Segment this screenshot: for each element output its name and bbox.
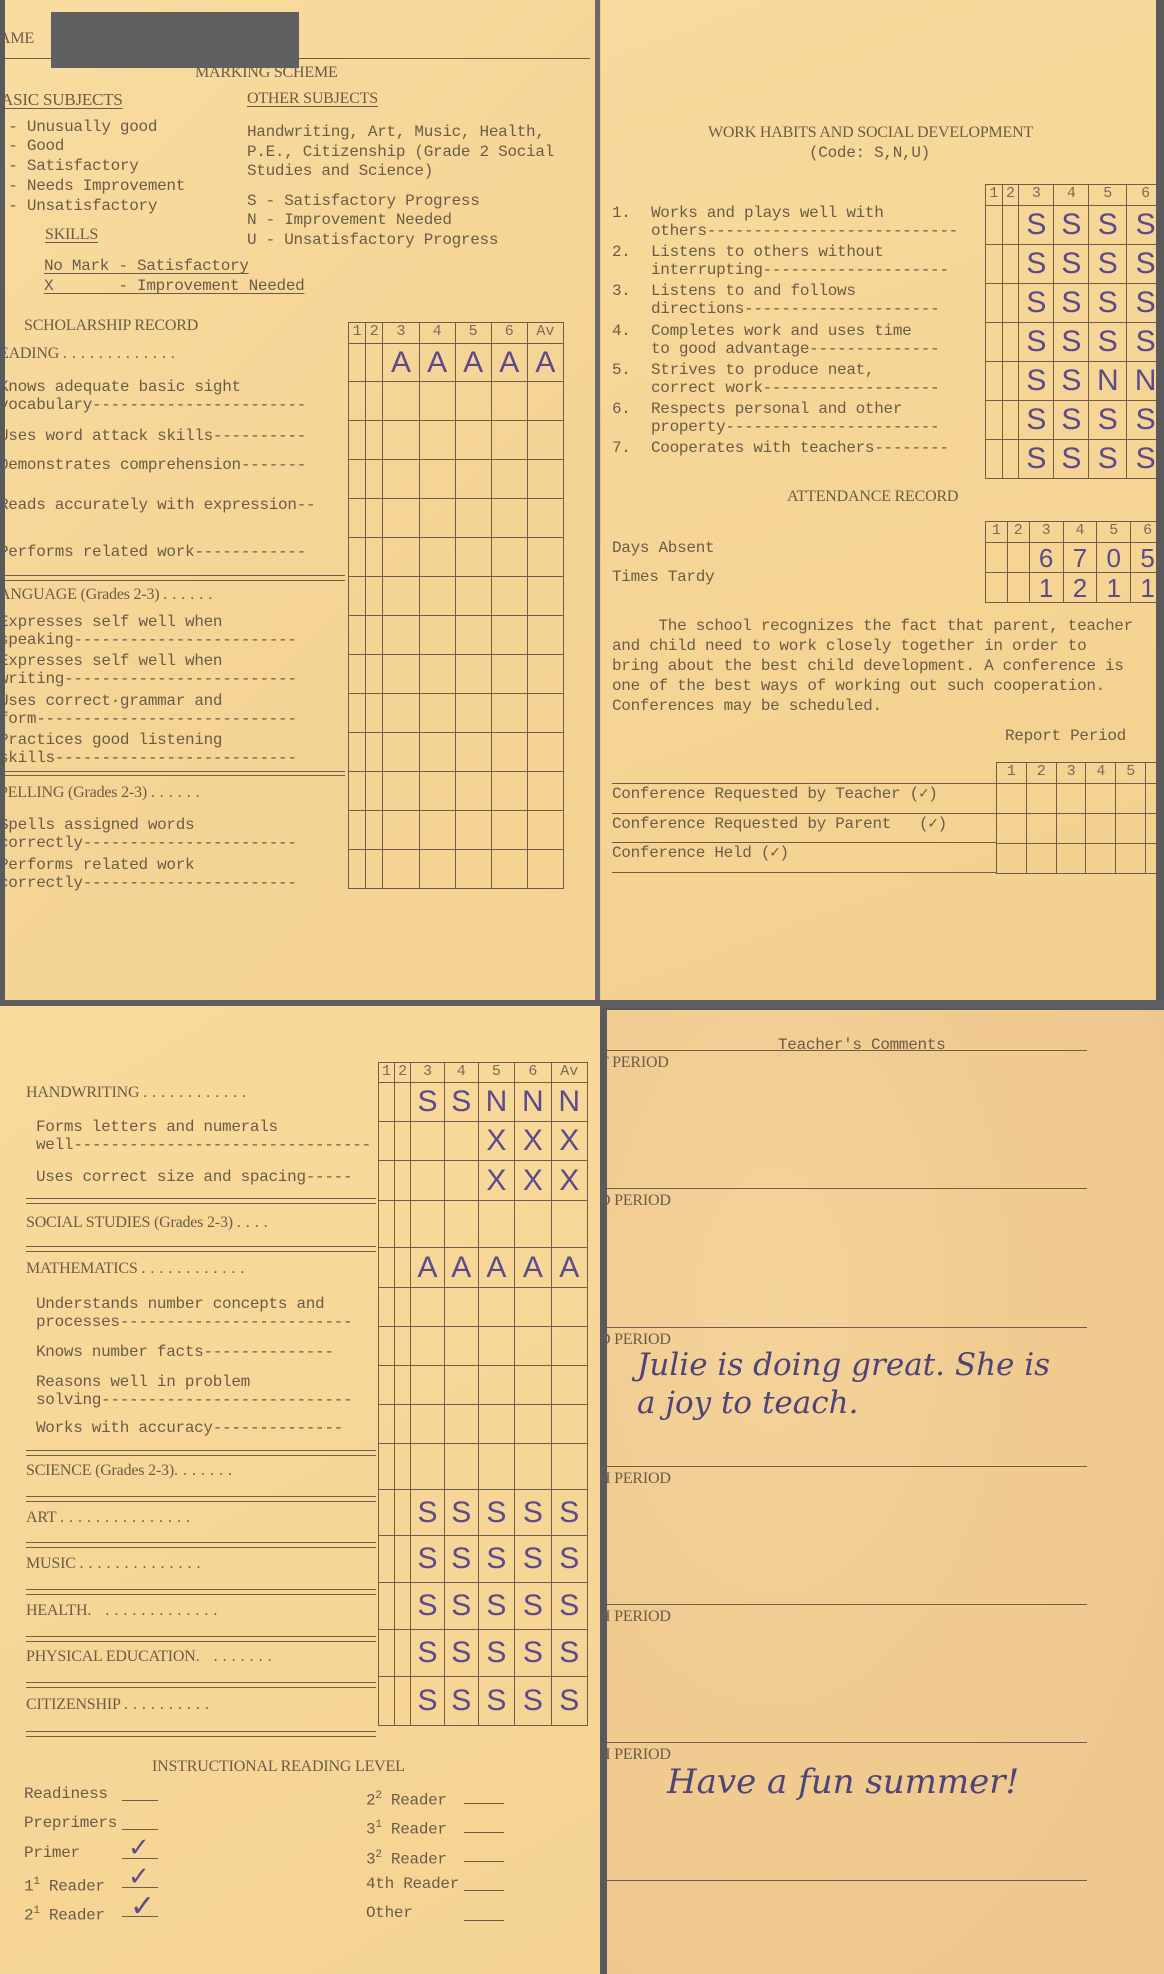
grade-cell[interactable]	[455, 499, 491, 538]
grade-cell[interactable]	[366, 772, 383, 811]
grade-cell[interactable]: S	[551, 1630, 587, 1677]
skill-cell[interactable]	[395, 1122, 411, 1161]
check-cell[interactable]	[997, 784, 1027, 814]
check-cell[interactable]	[1116, 844, 1146, 874]
grade-cell[interactable]: S	[1089, 284, 1127, 323]
grade-cell[interactable]: S	[1054, 284, 1089, 323]
skill-cell[interactable]	[395, 1405, 411, 1444]
grade-cell[interactable]	[349, 344, 366, 382]
grade-cell[interactable]	[1002, 206, 1019, 245]
grade-cell[interactable]	[379, 1677, 395, 1726]
grade-cell[interactable]	[419, 655, 455, 694]
grade-cell[interactable]	[527, 382, 563, 421]
grade-cell[interactable]	[349, 811, 366, 850]
grade-cell[interactable]	[478, 1444, 514, 1490]
grade-cell[interactable]	[527, 460, 563, 499]
grade-cell[interactable]	[444, 1201, 478, 1248]
skill-cell[interactable]	[411, 1288, 445, 1327]
grade-cell[interactable]: S	[444, 1583, 478, 1630]
grade-cell[interactable]	[411, 1201, 445, 1248]
reading-grade-row: A A A A A	[349, 344, 564, 382]
check-cell[interactable]	[997, 844, 1027, 874]
grade-cell[interactable]	[383, 694, 419, 733]
grade-cell[interactable]: S	[444, 1536, 478, 1583]
value-cell[interactable]	[986, 543, 1008, 573]
grade-cell[interactable]	[419, 811, 455, 850]
grade-cell[interactable]	[455, 382, 491, 421]
grade-cell[interactable]	[383, 616, 419, 655]
blank-line[interactable]	[122, 1800, 158, 1801]
grade-cell[interactable]: S	[515, 1490, 551, 1536]
grade-cell[interactable]	[455, 460, 491, 499]
grade-cell[interactable]: S	[1054, 440, 1089, 479]
grade-cell[interactable]	[491, 655, 527, 694]
grade-cell[interactable]: N	[515, 1083, 551, 1122]
grade-cell[interactable]	[491, 811, 527, 850]
grade-cell[interactable]: S	[478, 1536, 514, 1583]
grade-cell[interactable]: S	[551, 1583, 587, 1630]
value-cell[interactable]: 1	[1029, 573, 1063, 603]
grade-cell[interactable]: S	[478, 1583, 514, 1630]
skill-cell[interactable]	[444, 1366, 478, 1405]
grade-cell[interactable]	[349, 421, 366, 460]
grade-cell[interactable]	[1002, 323, 1019, 362]
grade-cell[interactable]	[455, 850, 491, 889]
grade-cell[interactable]	[419, 733, 455, 772]
grade-cell[interactable]: S	[444, 1083, 478, 1122]
grade-cell[interactable]: S	[478, 1677, 514, 1726]
grade-cell[interactable]	[515, 1201, 551, 1248]
grade-cell[interactable]	[379, 1444, 395, 1490]
grade-cell[interactable]	[349, 382, 366, 421]
grade-cell[interactable]	[455, 421, 491, 460]
grade-cell[interactable]: S	[444, 1677, 478, 1726]
grade-cell[interactable]: S	[1089, 323, 1127, 362]
grade-cell[interactable]	[491, 382, 527, 421]
grade-cell[interactable]	[395, 1630, 411, 1677]
grade-cell[interactable]: A	[527, 344, 563, 382]
skill-cell[interactable]	[551, 1327, 587, 1366]
value-cell[interactable]	[1007, 573, 1029, 603]
value-cell[interactable]: 7	[1063, 543, 1097, 573]
grade-cell[interactable]	[455, 538, 491, 577]
skill-cell[interactable]	[515, 1288, 551, 1327]
grade-cell[interactable]: S	[1089, 245, 1127, 284]
col-header: 5	[478, 1063, 514, 1083]
skill-cell[interactable]: X	[515, 1161, 551, 1201]
habit-label: Cooperates with teachers--------	[651, 439, 949, 458]
skill-cell[interactable]	[515, 1366, 551, 1405]
grade-cell[interactable]: S	[551, 1677, 587, 1726]
grade-cell[interactable]	[419, 460, 455, 499]
grade-cell[interactable]	[527, 850, 563, 889]
grade-cell[interactable]	[455, 655, 491, 694]
grade-cell[interactable]	[419, 850, 455, 889]
grade-cell[interactable]: S	[1019, 284, 1054, 323]
grade-cell[interactable]	[395, 1201, 411, 1248]
grade-cell[interactable]	[1002, 401, 1019, 440]
grade-cell[interactable]	[395, 1444, 411, 1490]
check-cell[interactable]	[1056, 844, 1086, 874]
grade-cell[interactable]	[395, 1583, 411, 1630]
skill-cell[interactable]	[379, 1327, 395, 1366]
grade-cell[interactable]	[527, 733, 563, 772]
skill-cell[interactable]: X	[551, 1122, 587, 1161]
grade-cell[interactable]	[444, 1444, 478, 1490]
grade-cell[interactable]	[986, 401, 1003, 440]
grade-cell[interactable]	[379, 1630, 395, 1677]
grade-cell[interactable]	[455, 811, 491, 850]
check-icon: ✓	[128, 1861, 150, 1892]
grade-cell[interactable]	[379, 1083, 395, 1122]
check-cell[interactable]	[1146, 844, 1156, 874]
grade-cell[interactable]: S	[1019, 323, 1054, 362]
check-cell[interactable]	[1026, 814, 1056, 844]
grade-cell[interactable]	[366, 694, 383, 733]
skill-cell[interactable]	[444, 1288, 478, 1327]
grade-cell[interactable]	[455, 577, 491, 616]
grade-cell[interactable]	[491, 577, 527, 616]
grade-cell[interactable]	[395, 1248, 411, 1288]
skill-cell[interactable]	[515, 1327, 551, 1366]
grade-cell[interactable]	[395, 1677, 411, 1726]
grade-cell[interactable]	[491, 850, 527, 889]
grade-cell[interactable]	[551, 1201, 587, 1248]
grade-cell[interactable]	[366, 577, 383, 616]
skill-cell[interactable]: X	[478, 1122, 514, 1161]
math-skill-2: Knows number facts--------------	[36, 1343, 334, 1362]
grade-cell[interactable]: S	[1127, 206, 1156, 245]
grade-cell[interactable]	[419, 616, 455, 655]
grade-cell[interactable]	[349, 616, 366, 655]
grade-cell[interactable]	[366, 538, 383, 577]
grade-cell[interactable]	[379, 1536, 395, 1583]
grade-cell[interactable]	[379, 1490, 395, 1536]
skill-cell[interactable]	[411, 1366, 445, 1405]
conference-grid: 1 2 3 4 5 6	[996, 762, 1156, 874]
grade-cell[interactable]	[383, 382, 419, 421]
grade-cell[interactable]	[395, 1490, 411, 1536]
skill-cell[interactable]	[444, 1122, 478, 1161]
grade-cell[interactable]: S	[515, 1630, 551, 1677]
grade-cell[interactable]	[986, 284, 1003, 323]
skill-cell[interactable]	[444, 1327, 478, 1366]
grade-cell[interactable]: N	[478, 1083, 514, 1122]
check-cell[interactable]	[997, 814, 1027, 844]
check-cell[interactable]	[1086, 784, 1116, 814]
scholarship-page: AME MARKING SCHEME ASIC SUBJECTS - Unusu…	[5, 0, 595, 1000]
grade-cell[interactable]	[478, 1201, 514, 1248]
grade-cell[interactable]: A	[515, 1248, 551, 1288]
skill-cell[interactable]	[395, 1327, 411, 1366]
grade-cell[interactable]	[411, 1444, 445, 1490]
grade-cell[interactable]	[527, 421, 563, 460]
grade-cell[interactable]	[366, 421, 383, 460]
grade-cell[interactable]: S	[1054, 323, 1089, 362]
skill-cell[interactable]	[379, 1288, 395, 1327]
blank-line[interactable]	[464, 1803, 504, 1804]
grade-cell[interactable]: A	[455, 344, 491, 382]
grade-cell[interactable]: N	[1089, 362, 1127, 401]
grade-cell[interactable]	[366, 499, 383, 538]
skill-cell[interactable]	[411, 1405, 445, 1444]
grade-cell[interactable]	[383, 460, 419, 499]
check-cell[interactable]	[1146, 784, 1156, 814]
grade-cell[interactable]	[491, 499, 527, 538]
skill-cell[interactable]	[395, 1366, 411, 1405]
value-cell[interactable]: 0	[1097, 543, 1131, 573]
skill-cell[interactable]	[478, 1288, 514, 1327]
grade-cell[interactable]	[419, 772, 455, 811]
skill-cell[interactable]	[551, 1366, 587, 1405]
grade-cell[interactable]: S	[411, 1677, 445, 1726]
grade-cell[interactable]	[419, 499, 455, 538]
grade-cell[interactable]	[349, 655, 366, 694]
grade-cell[interactable]	[491, 421, 527, 460]
grade-cell[interactable]	[419, 694, 455, 733]
grade-cell[interactable]	[491, 460, 527, 499]
grade-cell[interactable]: S	[1019, 362, 1054, 401]
grade-cell[interactable]	[366, 616, 383, 655]
grade-cell[interactable]: S	[551, 1536, 587, 1583]
grade-cell[interactable]	[419, 382, 455, 421]
other-subjects-grid: 1 2 3 4 5 6 Av S S N N N X X X	[378, 1062, 588, 1726]
value-cell[interactable]	[986, 573, 1008, 603]
grade-cell[interactable]	[366, 850, 383, 889]
value-cell[interactable]: 1	[1131, 573, 1156, 603]
grade-cell[interactable]	[419, 421, 455, 460]
grade-cell[interactable]: S	[444, 1490, 478, 1536]
grade-cell[interactable]: S	[478, 1490, 514, 1536]
skill-cell[interactable]	[444, 1405, 478, 1444]
grade-cell[interactable]: S	[411, 1583, 445, 1630]
grade-cell[interactable]	[986, 323, 1003, 362]
grade-cell[interactable]	[349, 460, 366, 499]
grade-cell[interactable]	[366, 344, 383, 382]
grade-cell[interactable]	[383, 538, 419, 577]
col-header: 6	[491, 323, 527, 344]
grade-cell[interactable]: A	[383, 344, 419, 382]
grade-cell[interactable]	[455, 733, 491, 772]
skill-cell[interactable]	[379, 1122, 395, 1161]
grade-cell[interactable]: S	[411, 1536, 445, 1583]
grade-cell[interactable]: S	[411, 1490, 445, 1536]
grade-cell[interactable]	[491, 538, 527, 577]
grade-cell[interactable]	[986, 440, 1003, 479]
grade-cell[interactable]: S	[411, 1630, 445, 1677]
grade-cell[interactable]	[383, 850, 419, 889]
grade-cell[interactable]	[527, 577, 563, 616]
grade-cell[interactable]	[349, 538, 366, 577]
grade-cell[interactable]: S	[1019, 245, 1054, 284]
blank-line[interactable]	[464, 1920, 504, 1921]
grade-cell[interactable]	[986, 245, 1003, 284]
check-cell[interactable]	[1116, 784, 1146, 814]
grade-cell[interactable]	[395, 1536, 411, 1583]
handwriting-row: S S N N N	[379, 1083, 588, 1122]
grade-cell[interactable]	[491, 772, 527, 811]
skill-cell[interactable]	[379, 1161, 395, 1201]
check-cell[interactable]	[1116, 814, 1146, 844]
value-cell[interactable]: 1	[1097, 573, 1131, 603]
grade-cell[interactable]: S	[1127, 284, 1156, 323]
grade-cell[interactable]: S	[1127, 440, 1156, 479]
grade-cell[interactable]	[383, 811, 419, 850]
period-6-comment[interactable]: Have a fun summer!	[667, 1762, 1019, 1802]
grade-cell[interactable]	[349, 694, 366, 733]
grade-cell[interactable]: S	[478, 1630, 514, 1677]
grade-cell[interactable]: N	[1127, 362, 1156, 401]
grade-cell[interactable]	[1002, 245, 1019, 284]
check-cell[interactable]	[1056, 784, 1086, 814]
grade-cell[interactable]	[419, 577, 455, 616]
skill-cell[interactable]: X	[478, 1161, 514, 1201]
grade-cell[interactable]: S	[411, 1083, 445, 1122]
grade-cell[interactable]: S	[1089, 206, 1127, 245]
scholarship-grid: 1 2 3 4 5 6 Av A A A A A	[348, 322, 564, 889]
skill-cell[interactable]	[515, 1405, 551, 1444]
grade-cell[interactable]	[527, 538, 563, 577]
grade-cell[interactable]	[455, 616, 491, 655]
grade-cell[interactable]	[349, 772, 366, 811]
grade-cell[interactable]	[383, 772, 419, 811]
grade-cell[interactable]: A	[551, 1248, 587, 1288]
grade-cell[interactable]	[527, 655, 563, 694]
grade-cell[interactable]: S	[515, 1583, 551, 1630]
period-3-comment[interactable]: Julie is doing great. She is a joy to te…	[637, 1346, 1077, 1422]
grade-cell[interactable]: A	[419, 344, 455, 382]
grade-cell[interactable]: S	[1089, 440, 1127, 479]
grade-cell[interactable]	[379, 1248, 395, 1288]
blank-line[interactable]	[464, 1832, 504, 1833]
grade-cell[interactable]	[527, 616, 563, 655]
grade-cell[interactable]	[366, 382, 383, 421]
grade-cell[interactable]	[383, 655, 419, 694]
grade-cell[interactable]: S	[1054, 362, 1089, 401]
grade-cell[interactable]: S	[1054, 401, 1089, 440]
skill-cell[interactable]	[379, 1405, 395, 1444]
blank-line[interactable]	[464, 1861, 504, 1862]
grade-cell[interactable]	[383, 421, 419, 460]
grade-cell[interactable]	[383, 733, 419, 772]
grade-cell[interactable]: S	[551, 1490, 587, 1536]
grade-cell[interactable]	[455, 772, 491, 811]
value-cell[interactable]	[1007, 543, 1029, 573]
grade-cell[interactable]	[986, 362, 1003, 401]
grade-cell[interactable]: S	[1054, 245, 1089, 284]
skill-cell[interactable]: X	[515, 1122, 551, 1161]
grade-cell[interactable]: S	[1019, 440, 1054, 479]
grade-cell[interactable]	[366, 460, 383, 499]
grade-cell[interactable]	[383, 577, 419, 616]
grade-cell[interactable]	[379, 1201, 395, 1248]
music-label: MUSIC ..............	[26, 1555, 206, 1573]
grade-cell[interactable]: S	[515, 1536, 551, 1583]
grade-cell[interactable]	[395, 1083, 411, 1122]
check-cell[interactable]	[1026, 844, 1056, 874]
check-cell[interactable]	[1086, 844, 1116, 874]
grade-cell[interactable]	[527, 694, 563, 733]
grade-cell[interactable]	[491, 616, 527, 655]
col-header: 5	[1097, 522, 1131, 543]
blank-line[interactable]	[122, 1829, 158, 1830]
grade-cell[interactable]	[349, 850, 366, 889]
grade-cell[interactable]: S	[1127, 401, 1156, 440]
skill-cell[interactable]	[551, 1405, 587, 1444]
skill-cell[interactable]	[395, 1161, 411, 1201]
grade-cell[interactable]: S	[1054, 206, 1089, 245]
grade-cell[interactable]	[515, 1444, 551, 1490]
grade-cell[interactable]	[491, 733, 527, 772]
grade-cell[interactable]: S	[1019, 206, 1054, 245]
skill-cell[interactable]	[478, 1327, 514, 1366]
skill-cell[interactable]	[551, 1288, 587, 1327]
grade-cell[interactable]: A	[411, 1248, 445, 1288]
col-header: 5	[1089, 185, 1127, 206]
skill-cell[interactable]	[411, 1122, 445, 1161]
grade-cell[interactable]	[527, 811, 563, 850]
skill-cell[interactable]	[395, 1288, 411, 1327]
grade-cell[interactable]	[379, 1583, 395, 1630]
grade-cell[interactable]	[551, 1444, 587, 1490]
grade-cell[interactable]: A	[444, 1248, 478, 1288]
blank-line[interactable]	[464, 1890, 504, 1891]
value-cell[interactable]: 6	[1029, 543, 1063, 573]
skill-cell[interactable]: X	[551, 1161, 587, 1201]
check-cell[interactable]	[1146, 814, 1156, 844]
grade-cell[interactable]	[1002, 284, 1019, 323]
skill-cell[interactable]	[411, 1161, 445, 1201]
grade-cell[interactable]: S	[1089, 401, 1127, 440]
skill-cell[interactable]	[411, 1327, 445, 1366]
skill-cell[interactable]	[444, 1161, 478, 1201]
grade-cell[interactable]: S	[515, 1677, 551, 1726]
skill-cell[interactable]	[478, 1405, 514, 1444]
habit-label: Works and plays well with	[651, 204, 884, 223]
skill-cell[interactable]	[478, 1366, 514, 1405]
skill-cell[interactable]	[379, 1366, 395, 1405]
grade-cell[interactable]	[419, 538, 455, 577]
check-cell[interactable]	[1026, 784, 1056, 814]
grade-cell[interactable]: S	[444, 1630, 478, 1677]
grade-cell[interactable]: A	[478, 1248, 514, 1288]
grade-cell[interactable]	[366, 811, 383, 850]
grade-cell[interactable]: S	[1127, 245, 1156, 284]
grade-cell[interactable]	[366, 655, 383, 694]
grade-cell[interactable]	[527, 499, 563, 538]
grade-cell[interactable]	[1002, 362, 1019, 401]
grade-cell[interactable]	[383, 499, 419, 538]
grade-cell[interactable]	[491, 694, 527, 733]
check-cell[interactable]	[1086, 814, 1116, 844]
grade-cell[interactable]	[366, 733, 383, 772]
grade-cell[interactable]: N	[551, 1083, 587, 1122]
grade-cell[interactable]	[349, 577, 366, 616]
grade-cell[interactable]	[349, 499, 366, 538]
grade-cell[interactable]	[349, 733, 366, 772]
grade-cell[interactable]	[527, 772, 563, 811]
section-rule	[26, 1589, 376, 1590]
grade-cell[interactable]	[986, 206, 1003, 245]
grade-cell[interactable]: S	[1019, 401, 1054, 440]
value-cell[interactable]: 2	[1063, 573, 1097, 603]
check-cell[interactable]	[1056, 814, 1086, 844]
grade-cell[interactable]	[455, 694, 491, 733]
grade-cell[interactable]	[1002, 440, 1019, 479]
grade-cell[interactable]: S	[1127, 323, 1156, 362]
grade-cell[interactable]: A	[491, 344, 527, 382]
value-cell[interactable]: 5	[1131, 543, 1156, 573]
